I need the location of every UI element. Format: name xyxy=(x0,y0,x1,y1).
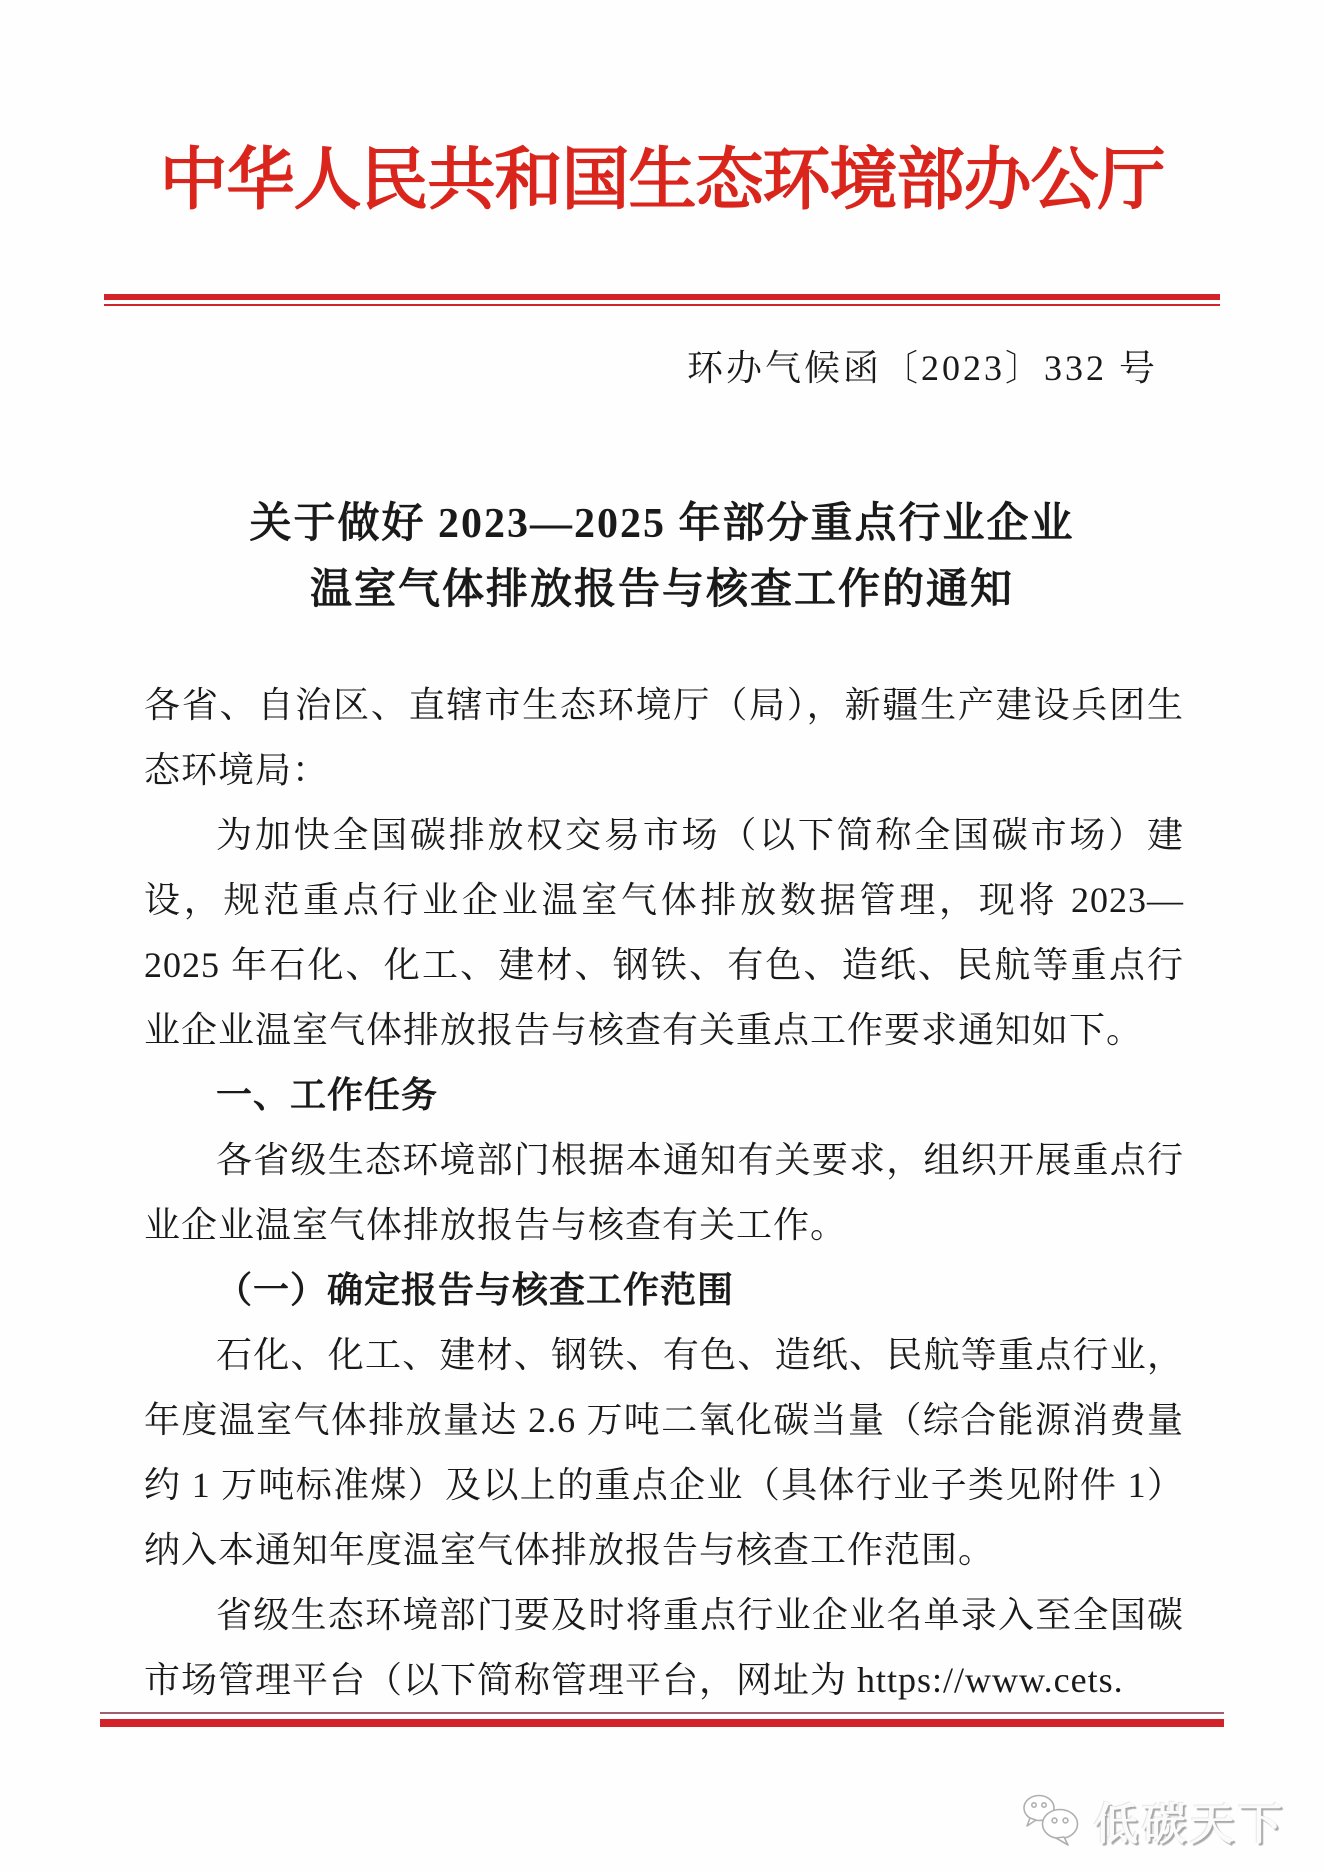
document-body: 各省、自治区、直辖市生态环境厅（局），新疆生产建设兵团生态环境局： 为加快全国碳… xyxy=(144,673,1184,1713)
document-title: 关于做好 2023—2025 年部分重点行业企业 温室气体排放报告与核查工作的通… xyxy=(0,491,1324,623)
subsection-heading-scope: （一）确定报告与核查工作范围 xyxy=(144,1258,1184,1323)
letterhead-divider-thin-line xyxy=(104,304,1220,306)
salutation-line: 各省、自治区、直辖市生态环境厅（局），新疆生产建设兵团生态环境局： xyxy=(144,673,1184,803)
body-paragraph: 各省级生态环境部门根据本通知有关要求，组织开展重点行业企业温室气体排放报告与核查… xyxy=(144,1128,1184,1258)
wechat-icon xyxy=(1020,1793,1084,1847)
body-paragraph-truncated: 省级生态环境部门要及时将重点行业企业名单录入至全国碳市场管理平台（以下简称管理平… xyxy=(144,1583,1184,1713)
agency-letterhead-title: 中华人民共和国生态环境部办公厅 xyxy=(0,0,1324,222)
document-title-line1: 关于做好 2023—2025 年部分重点行业企业 xyxy=(0,491,1324,557)
footer-divider-thin-line xyxy=(100,1712,1224,1714)
footer-divider-thick-line xyxy=(100,1719,1224,1727)
document-title-line2: 温室气体排放报告与核查工作的通知 xyxy=(0,557,1324,623)
body-paragraph: 石化、化工、建材、钢铁、有色、造纸、民航等重点行业，年度温室气体排放量达 2.6… xyxy=(144,1323,1184,1583)
document-reference-number: 环办气候函〔2023〕332 号 xyxy=(0,340,1324,391)
official-document-page: 中华人民共和国生态环境部办公厅 环办气候函〔2023〕332 号 关于做好 20… xyxy=(0,0,1324,1872)
watermark: 低碳天下 xyxy=(1020,1788,1286,1852)
letterhead-divider xyxy=(104,294,1220,306)
body-paragraph: 为加快全国碳排放权交易市场（以下简称全国碳市场）建设，规范重点行业企业温室气体排… xyxy=(144,803,1184,1063)
letterhead-divider-thick-line xyxy=(104,294,1220,300)
watermark-text: 低碳天下 xyxy=(1094,1788,1286,1852)
section-heading-work-tasks: 一、工作任务 xyxy=(144,1063,1184,1128)
